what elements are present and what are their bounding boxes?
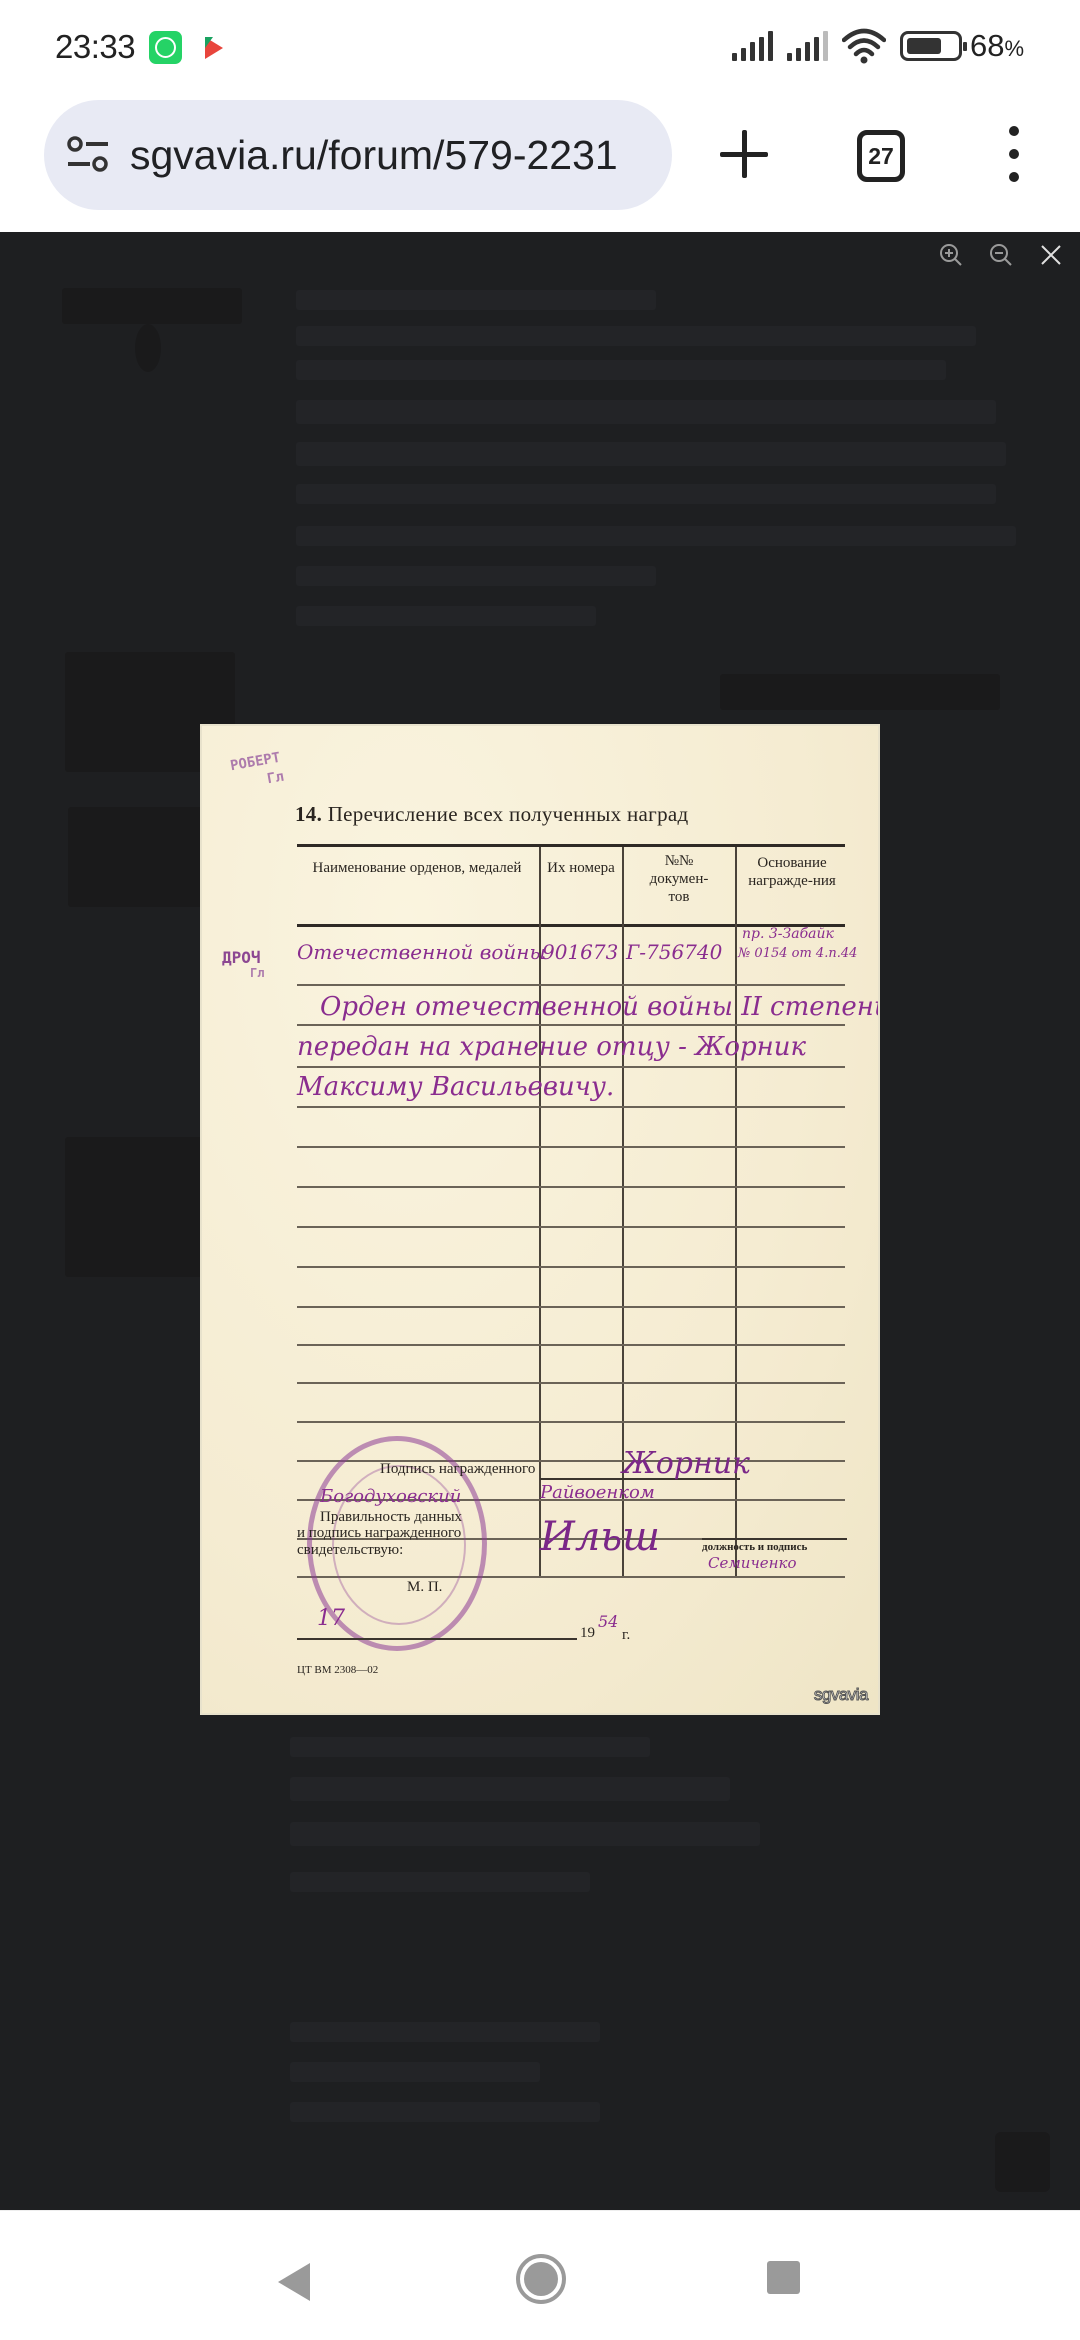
system-nav-bar xyxy=(0,2210,1080,2340)
browser-toolbar: sgvavia.ru/forum/579-2231 27 xyxy=(0,92,1080,232)
handwritten-note-line2: передан на хранение отцу - Жорник xyxy=(297,1032,806,1062)
date-year: 54 xyxy=(598,1612,618,1631)
stamp-handwriting-commissar: Райвоенком xyxy=(540,1482,655,1503)
home-button[interactable] xyxy=(516,2254,566,2304)
zoom-out-button[interactable] xyxy=(976,232,1026,278)
battery-icon xyxy=(900,31,962,61)
basis-cell-line1: пр. 3-Забайк xyxy=(742,926,834,942)
date-day: 17 xyxy=(317,1606,345,1631)
column-header-documents: №№ докумен-тов xyxy=(625,852,733,906)
wifi-icon xyxy=(842,28,886,64)
signal-sim2-icon xyxy=(787,31,828,61)
recipient-signature: Жорник xyxy=(622,1446,750,1481)
battery-percent: 68% xyxy=(970,28,1024,64)
watermark: sgvavia xyxy=(814,1685,868,1705)
document-number-cell: Г-756740 xyxy=(626,940,722,964)
basis-cell-line2: № 0154 от 4.п.44 xyxy=(738,946,857,961)
whatsapp-icon xyxy=(149,31,182,64)
stamp-handwriting-district: Богодуховский xyxy=(320,1486,461,1507)
column-header-numbers: Их номера xyxy=(542,859,620,877)
column-header-basis: Основание награжде-ния xyxy=(738,854,846,890)
back-button[interactable] xyxy=(278,2263,310,2301)
more-vert-icon[interactable] xyxy=(1000,124,1028,184)
address-bar[interactable]: sgvavia.ru/forum/579-2231 xyxy=(44,100,672,210)
date-year-prefix: 19 xyxy=(580,1624,595,1642)
certification-label-3: свидетельствую: xyxy=(297,1541,403,1559)
position-label: должность и подпись xyxy=(702,1541,807,1554)
url-text[interactable]: sgvavia.ru/forum/579-2231 xyxy=(130,132,618,179)
close-icon xyxy=(1039,243,1063,267)
lightbox-controls xyxy=(926,232,1080,278)
zoom-in-button[interactable] xyxy=(926,232,976,278)
award-document-image[interactable]: РОБЕРТ Гл 14. Перечисление всех полученн… xyxy=(200,724,880,1715)
clock: 23:33 xyxy=(55,28,135,66)
handwritten-note-line1: Орден отечественной войны II степени xyxy=(320,992,880,1022)
signal-sim1-icon xyxy=(732,31,773,61)
stamp-handwriting-name: Семиченко xyxy=(708,1554,797,1572)
google-play-icon xyxy=(205,37,223,59)
new-tab-button[interactable] xyxy=(716,126,772,182)
tune-icon[interactable] xyxy=(66,135,110,175)
column-header-award: Наименование орденов, медалей xyxy=(297,859,537,877)
zoom-in-icon xyxy=(938,242,964,268)
award-number-cell: 901673 xyxy=(542,940,618,964)
margin-stamp: ДРОЧ xyxy=(222,948,261,967)
certification-label-2: и подпись награжденного xyxy=(297,1524,461,1542)
tab-switcher-button[interactable]: 27 xyxy=(857,130,905,182)
zoom-out-icon xyxy=(988,242,1014,268)
recents-button[interactable] xyxy=(767,2261,800,2294)
table-top-rule xyxy=(297,844,845,847)
margin-stamp-line2: Гл xyxy=(250,966,264,980)
close-button[interactable] xyxy=(1026,232,1076,278)
date-suffix: г. xyxy=(622,1626,630,1644)
top-stamp-line2: Гл xyxy=(266,769,285,788)
section-heading: 14. Перечисление всех полученных наград xyxy=(295,802,688,827)
status-bar: 23:33 68% xyxy=(0,0,1080,92)
award-name-cell: Отечественной войны xyxy=(297,940,546,964)
commissar-signature: Ильш xyxy=(540,1514,660,1560)
recipient-signature-label: Подпись награжденного xyxy=(380,1460,535,1478)
handwritten-note-line3: Максиму Васильевичу. xyxy=(297,1072,614,1102)
seal-label: М. П. xyxy=(407,1578,442,1596)
print-code: ЦТ ВМ 2308—02 xyxy=(297,1664,378,1677)
